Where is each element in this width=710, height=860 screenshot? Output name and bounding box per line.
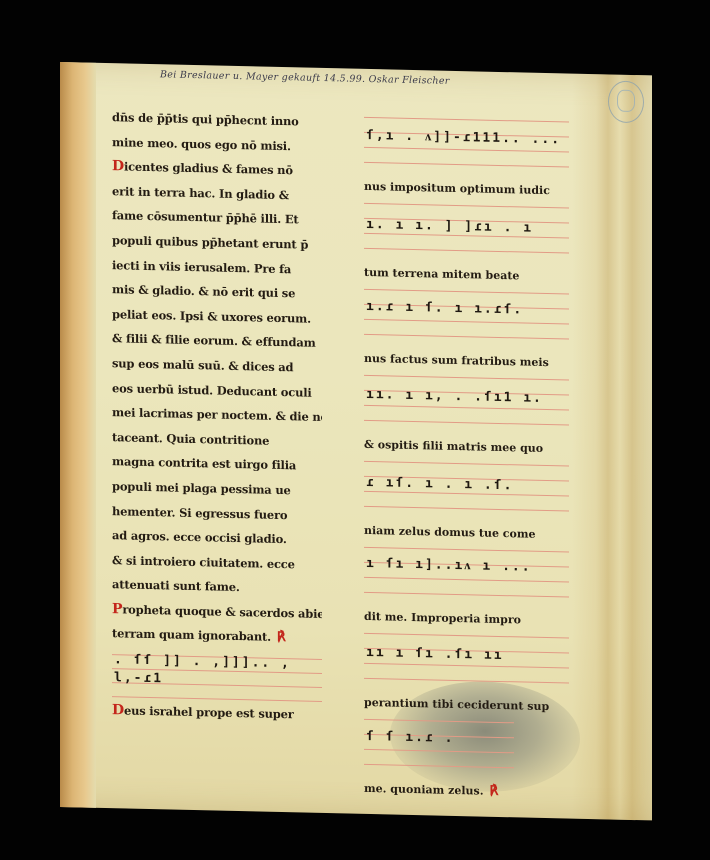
neumes: ıı ı ſı .ſı ıı <box>366 645 504 663</box>
lyric-line: me. quoniam zelus.℟ <box>364 779 569 804</box>
music-staff: ı. ı ı. ] ]ɾı . ı <box>364 203 569 268</box>
right-column: ſ,ı . ᴧ]]-ɾ111.. ... nus impositum optim… <box>364 117 569 804</box>
music-staff: . ſſ ]] . ,]]].. , l,-ɾ1 <box>112 646 322 703</box>
music-staff: ı ſı ı]..ıᴧ ı ... <box>364 547 569 612</box>
neumes-lower: l,-ɾ1 <box>114 670 163 686</box>
music-staff: ɾ ıſ. ı . ı .ſ. <box>364 461 569 526</box>
neumes: ı ſı ı]..ıᴧ ı ... <box>366 555 532 575</box>
rubric-initial: P <box>112 601 122 617</box>
music-staff: ıı ı ſı .ſı ıı <box>364 633 569 698</box>
neumes: ıı. ı ı, . .ſı1 ı. <box>366 387 543 406</box>
music-staff: ſ,ı . ᴧ]]-ɾ111.. ... <box>364 117 569 182</box>
text-line: Deus israhel prope est super <box>112 698 322 727</box>
manuscript-leaf: Bei Breslauer u. Mayer gekauft 14.5.99. … <box>60 62 652 820</box>
leaf-right-edge-stain <box>572 74 652 821</box>
neumes: ſ,ı . ᴧ]]-ɾ111.. ... <box>366 127 561 147</box>
left-column: dn̄s de p̄p̄tis qui pp̄hecnt inno mine m… <box>112 105 322 727</box>
leaf-left-edge <box>60 62 96 808</box>
rubric-initial: D <box>112 158 124 174</box>
provenance-note: Bei Breslauer u. Mayer gekauft 14.5.99. … <box>160 69 450 87</box>
rubric-initial: D <box>112 702 124 718</box>
responsory-mark: ℟ <box>490 784 499 799</box>
library-stamp-icon <box>608 80 644 123</box>
neumes: ı.ɾ ı ſ. ı ı.ɾſ. <box>366 299 523 318</box>
responsory-mark: ℟ <box>277 630 286 645</box>
music-staff: ıı. ı ı, . .ſı1 ı. <box>364 375 569 440</box>
music-staff: ſ ſ ı.ɾ . <box>364 719 514 782</box>
neumes: ſ ſ ı.ɾ . <box>366 729 454 746</box>
music-staff: ı.ɾ ı ſ. ı ı.ɾſ. <box>364 289 569 354</box>
